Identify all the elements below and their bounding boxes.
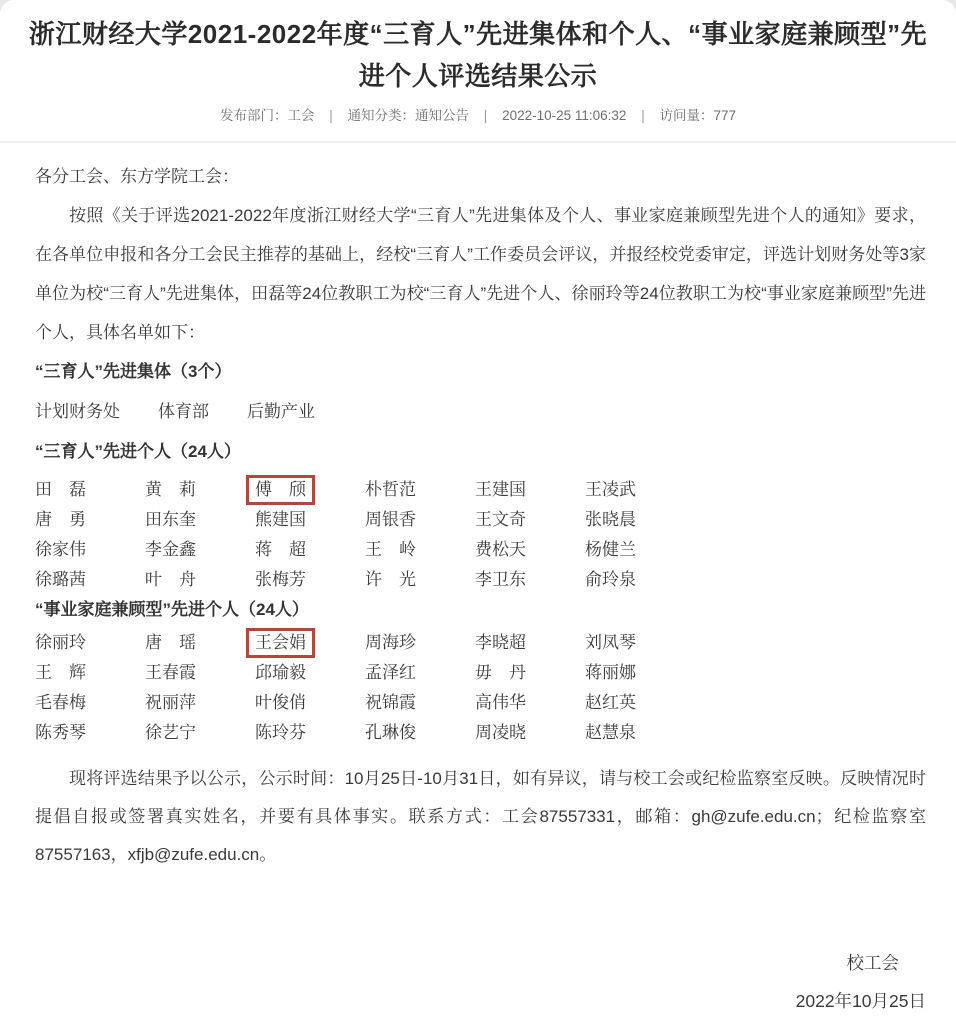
meta-timestamp: 2022-10-25 11:06:32 — [502, 108, 626, 123]
signature-block: 校工会 2022年10月25日 — [35, 944, 926, 1019]
person-name: 徐璐茜 — [35, 565, 145, 595]
person-name: 张晓晨 — [585, 505, 695, 535]
person-name: 王春霞 — [145, 658, 255, 688]
section-heading-family-career: “事业家庭兼顾型”先进个人（24人） — [35, 595, 926, 625]
section-heading-individuals: “三育人”先进个人（24人） — [35, 432, 926, 472]
person-name: 许 光 — [365, 565, 475, 595]
collective-name: 后勤产业 — [247, 392, 315, 432]
person-name: 费松天 — [475, 535, 585, 565]
person-name: 蒋丽娜 — [585, 658, 695, 688]
highlight-box: 傅 颀 — [246, 475, 315, 505]
person-name: 唐 瑶 — [145, 628, 255, 658]
person-name: 杨健兰 — [585, 535, 695, 565]
person-name: 孟泽红 — [365, 658, 475, 688]
person-name: 王凌武 — [585, 475, 695, 505]
signature-date: 2022年10月25日 — [35, 982, 926, 1019]
meta-visit-count: 访问量：777 — [659, 108, 736, 123]
person-name: 毋 丹 — [475, 658, 585, 688]
person-name: 祝丽萍 — [145, 688, 255, 718]
family-career-name-grid: 徐丽玲唐 瑶王会娟周海珍李晓超刘凤琴王 辉王春霞邱瑜毅孟泽红毋 丹蒋丽娜毛春梅祝… — [35, 628, 926, 748]
person-name: 傅 颀 — [255, 475, 365, 505]
collectives-list: 计划财务处体育部后勤产业 — [35, 392, 926, 432]
announcement-body: 各分工会、东方学院工会： 按照《关于评选2021-2022年度浙江财经大学“三育… — [0, 157, 956, 1019]
highlight-box: 王会娟 — [246, 628, 315, 658]
person-name: 王 岭 — [365, 535, 475, 565]
person-name: 赵红英 — [585, 688, 695, 718]
intro-paragraph: 按照《关于评选2021-2022年度浙江财经大学“三育人”先进集体及个人、事业家… — [35, 196, 926, 352]
person-name: 李金鑫 — [145, 535, 255, 565]
meta-separator: | — [329, 108, 333, 123]
person-name: 陈玲芬 — [255, 718, 365, 748]
salutation: 各分工会、东方学院工会： — [35, 157, 926, 196]
collective-name: 计划财务处 — [35, 392, 120, 432]
person-name: 田 磊 — [35, 475, 145, 505]
person-name: 徐丽玲 — [35, 628, 145, 658]
collective-name: 体育部 — [158, 392, 209, 432]
meta-notice-category: 通知分类：通知公告 — [348, 108, 470, 123]
meta-separator: | — [484, 108, 488, 123]
person-name: 陈秀琴 — [35, 718, 145, 748]
person-name: 蒋 超 — [255, 535, 365, 565]
person-name: 叶俊俏 — [255, 688, 365, 718]
person-name: 叶 舟 — [145, 565, 255, 595]
individuals-name-grid: 田 磊黄 莉傅 颀朴哲范王建国王凌武唐 勇田东奎熊建国周银香王文奇张晓晨徐家伟李… — [35, 475, 926, 595]
person-name: 孔琳俊 — [365, 718, 475, 748]
person-name: 徐艺宁 — [145, 718, 255, 748]
person-name: 俞玲泉 — [585, 565, 695, 595]
section-heading-collectives: “三育人”先进集体（3个） — [35, 352, 926, 392]
person-name: 熊建国 — [255, 505, 365, 535]
closing-paragraph: 现将评选结果予以公示，公示时间：10月25日-10月31日，如有异议，请与校工会… — [35, 760, 926, 874]
person-name: 刘凤琴 — [585, 628, 695, 658]
person-name: 张梅芳 — [255, 565, 365, 595]
person-name: 周海珍 — [365, 628, 475, 658]
person-name: 王会娟 — [255, 628, 365, 658]
divider — [0, 141, 956, 143]
person-name: 邱瑜毅 — [255, 658, 365, 688]
announcement-page: 浙江财经大学2021-2022年度“三育人”先进集体和个人、“事业家庭兼顾型”先… — [0, 0, 956, 1019]
person-name: 王建国 — [475, 475, 585, 505]
person-name: 王 辉 — [35, 658, 145, 688]
person-name: 赵慧泉 — [585, 718, 695, 748]
person-name: 徐家伟 — [35, 535, 145, 565]
meta-publish-department: 发布部门：工会 — [220, 108, 315, 123]
person-name: 周银香 — [365, 505, 475, 535]
person-name: 朴哲范 — [365, 475, 475, 505]
person-name: 高伟华 — [475, 688, 585, 718]
person-name: 唐 勇 — [35, 505, 145, 535]
page-title: 浙江财经大学2021-2022年度“三育人”先进集体和个人、“事业家庭兼顾型”先… — [27, 13, 929, 97]
person-name: 毛春梅 — [35, 688, 145, 718]
person-name: 黄 莉 — [145, 475, 255, 505]
person-name: 田东奎 — [145, 505, 255, 535]
meta-separator: | — [641, 108, 645, 123]
person-name: 李晓超 — [475, 628, 585, 658]
signature-org: 校工会 — [35, 944, 926, 982]
person-name: 祝锦霞 — [365, 688, 475, 718]
person-name: 李卫东 — [475, 565, 585, 595]
person-name: 周凌晓 — [475, 718, 585, 748]
person-name: 王文奇 — [475, 505, 585, 535]
meta-bar: 发布部门：工会 | 通知分类：通知公告 | 2022-10-25 11:06:3… — [0, 106, 956, 126]
